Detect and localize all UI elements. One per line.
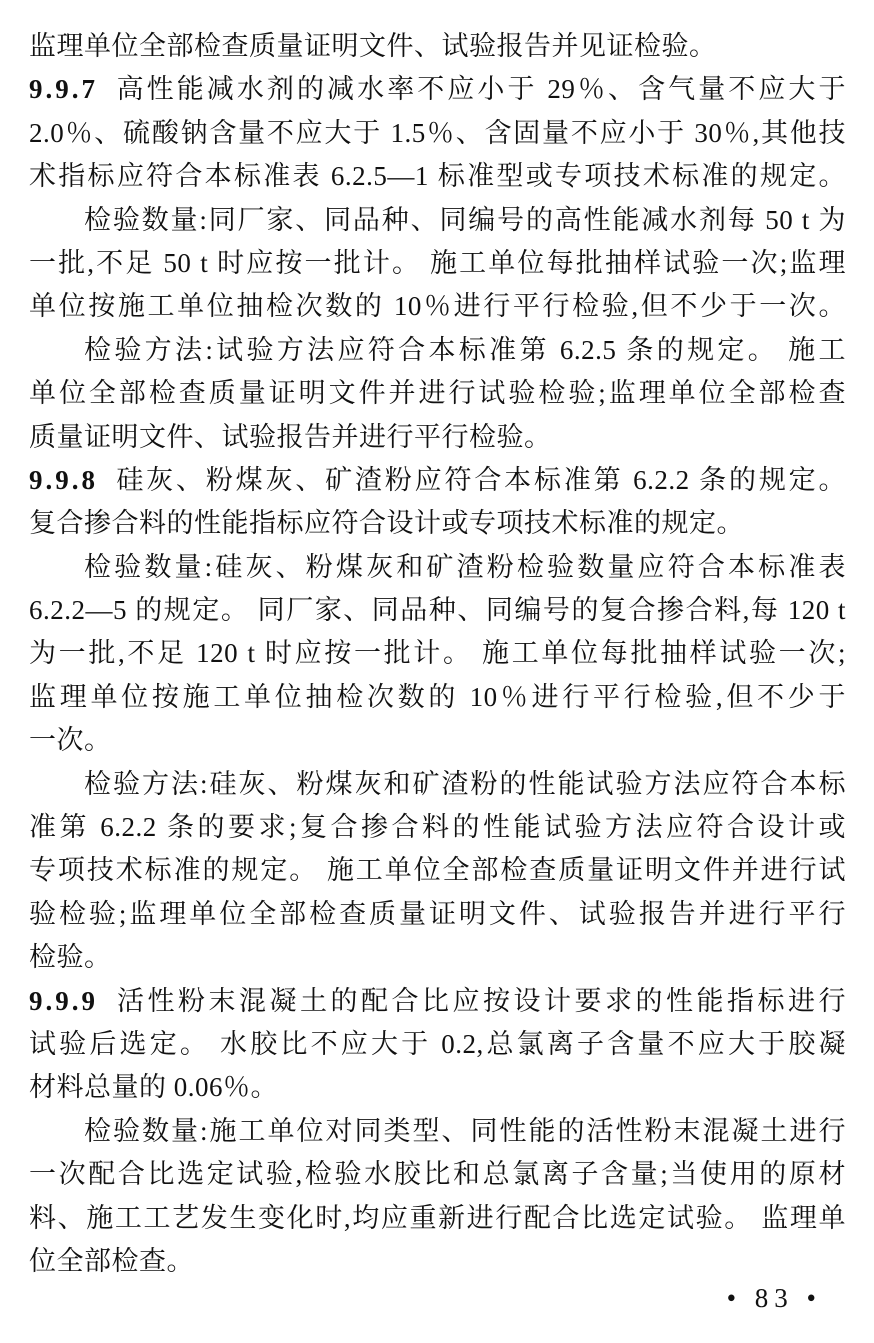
text-line: 质量证明文件、试验报告并进行平行检验。 <box>29 416 846 459</box>
text-line: 术指标应符合本标准表 6.2.5—1 标准型或专项技术标准的规定。 <box>29 155 846 198</box>
text-line: 9.9.9活性粉末混凝土的配合比应按设计要求的性能指标进行 <box>29 980 846 1023</box>
section-number: 9.9.9 <box>29 986 98 1016</box>
section-number: 9.9.7 <box>29 74 98 104</box>
line-text: 检验数量:同厂家、同品种、同编号的高性能减水剂每 50 t 为 <box>84 205 846 235</box>
line-text: 质量证明文件、试验报告并进行平行检验。 <box>29 422 552 452</box>
line-text: 准第 6.2.2 条的要求;复合掺合料的性能试验方法应符合设计或 <box>29 812 846 842</box>
text-line: 料、施工工艺发生变化时,均应重新进行配合比选定试验。 监理单 <box>29 1197 846 1240</box>
line-text: 试验后选定。 水胶比不应大于 0.2,总氯离子含量不应大于胶凝 <box>29 1029 846 1059</box>
line-text: 复合掺合料的性能指标应符合设计或专项技术标准的规定。 <box>29 508 744 538</box>
line-text: 2.0％、硫酸钠含量不应大于 1.5％、含固量不应小于 30％,其他技 <box>29 118 846 148</box>
text-line: 检验数量:同厂家、同品种、同编号的高性能减水剂每 50 t 为 <box>29 199 846 242</box>
text-line: 检验。 <box>29 936 846 979</box>
text-line: 检验数量:硅灰、粉煤灰和矿渣粉检验数量应符合本标准表 <box>29 546 846 589</box>
line-text: 高性能减水剂的减水率不应小于 29％、含气量不应大于 <box>114 74 846 104</box>
line-text: 检验数量:硅灰、粉煤灰和矿渣粉检验数量应符合本标准表 <box>84 552 846 582</box>
text-line: 复合掺合料的性能指标应符合设计或专项技术标准的规定。 <box>29 502 846 545</box>
line-text: 6.2.2—5 的规定。 同厂家、同品种、同编号的复合掺合料,每 120 t <box>29 595 846 625</box>
line-text: 活性粉末混凝土的配合比应按设计要求的性能指标进行 <box>114 986 846 1016</box>
text-line: 为一批,不足 120 t 时应按一批计。 施工单位每批抽样试验一次; <box>29 632 846 675</box>
text-line: 单位全部检查质量证明文件并进行试验检验;监理单位全部检查 <box>29 372 846 415</box>
text-line: 9.9.7高性能减水剂的减水率不应小于 29％、含气量不应大于 <box>29 68 846 111</box>
text-line: 9.9.8硅灰、粉煤灰、矿渣粉应符合本标准第 6.2.2 条的规定。 <box>29 459 846 502</box>
document-body: 监理单位全部检查质量证明文件、试验报告并见证检验。 9.9.7高性能减水剂的减水… <box>0 0 874 1283</box>
text-line: 位全部检查。 <box>29 1240 846 1283</box>
line-text: 检验方法:硅灰、粉煤灰和矿渣粉的性能试验方法应符合本标 <box>84 769 846 799</box>
text-line: 检验数量:施工单位对同类型、同性能的活性粉末混凝土进行 <box>29 1110 846 1153</box>
line-text: 检验数量:施工单位对同类型、同性能的活性粉末混凝土进行 <box>84 1116 846 1146</box>
text-line: 试验后选定。 水胶比不应大于 0.2,总氯离子含量不应大于胶凝 <box>29 1023 846 1066</box>
text-line: 2.0％、硫酸钠含量不应大于 1.5％、含固量不应小于 30％,其他技 <box>29 112 846 155</box>
line-text: 硅灰、粉煤灰、矿渣粉应符合本标准第 6.2.2 条的规定。 <box>114 465 846 495</box>
text-line: 单位按施工单位抽检次数的 10％进行平行检验,但不少于一次。 <box>29 285 846 328</box>
text-line: 验检验;监理单位全部检查质量证明文件、试验报告并进行平行 <box>29 893 846 936</box>
text-line: 监理单位按施工单位抽检次数的 10％进行平行检验,但不少于 <box>29 676 846 719</box>
text-line: 准第 6.2.2 条的要求;复合掺合料的性能试验方法应符合设计或 <box>29 806 846 849</box>
text-line: 材料总量的 0.06％。 <box>29 1066 846 1109</box>
line-text: 术指标应符合本标准表 6.2.5—1 标准型或专项技术标准的规定。 <box>29 161 846 191</box>
text-line: 一次配合比选定试验,检验水胶比和总氯离子含量;当使用的原材 <box>29 1153 846 1196</box>
line-text: 一次。 <box>29 725 112 755</box>
section-number: 9.9.8 <box>29 465 98 495</box>
line-text: 单位按施工单位抽检次数的 10％进行平行检验,但不少于一次。 <box>29 291 846 321</box>
line-text: 材料总量的 0.06％。 <box>29 1072 278 1102</box>
text-line: 专项技术标准的规定。 施工单位全部检查质量证明文件并进行试 <box>29 849 846 892</box>
text-line: 检验方法:试验方法应符合本标准第 6.2.5 条的规定。 施工 <box>29 329 846 372</box>
line-text: 一批,不足 50 t 时应按一批计。 施工单位每批抽样试验一次;监理 <box>29 248 846 278</box>
line-text: 一次配合比选定试验,检验水胶比和总氯离子含量;当使用的原材 <box>29 1159 846 1189</box>
line-text: 位全部检查。 <box>29 1246 194 1276</box>
text-line: 一批,不足 50 t 时应按一批计。 施工单位每批抽样试验一次;监理 <box>29 242 846 285</box>
page-number: • 83 • <box>727 1281 822 1315</box>
text-line: 6.2.2—5 的规定。 同厂家、同品种、同编号的复合掺合料,每 120 t <box>29 589 846 632</box>
line-text: 监理单位全部检查质量证明文件、试验报告并见证检验。 <box>29 31 717 61</box>
line-text: 专项技术标准的规定。 施工单位全部检查质量证明文件并进行试 <box>29 855 846 885</box>
line-text: 为一批,不足 120 t 时应按一批计。 施工单位每批抽样试验一次; <box>29 638 846 668</box>
line-text: 监理单位按施工单位抽检次数的 10％进行平行检验,但不少于 <box>29 682 846 712</box>
text-line: 检验方法:硅灰、粉煤灰和矿渣粉的性能试验方法应符合本标 <box>29 763 846 806</box>
line-text: 单位全部检查质量证明文件并进行试验检验;监理单位全部检查 <box>29 378 846 408</box>
line-text: 检验。 <box>29 942 112 972</box>
line-text: 料、施工工艺发生变化时,均应重新进行配合比选定试验。 监理单 <box>29 1203 846 1233</box>
document-page: { "page": { "background_color": "#ffffff… <box>0 0 874 1343</box>
text-line: 监理单位全部检查质量证明文件、试验报告并见证检验。 <box>29 25 846 68</box>
text-line: 一次。 <box>29 719 846 762</box>
line-text: 检验方法:试验方法应符合本标准第 6.2.5 条的规定。 施工 <box>84 335 846 365</box>
line-text: 验检验;监理单位全部检查质量证明文件、试验报告并进行平行 <box>29 899 846 929</box>
